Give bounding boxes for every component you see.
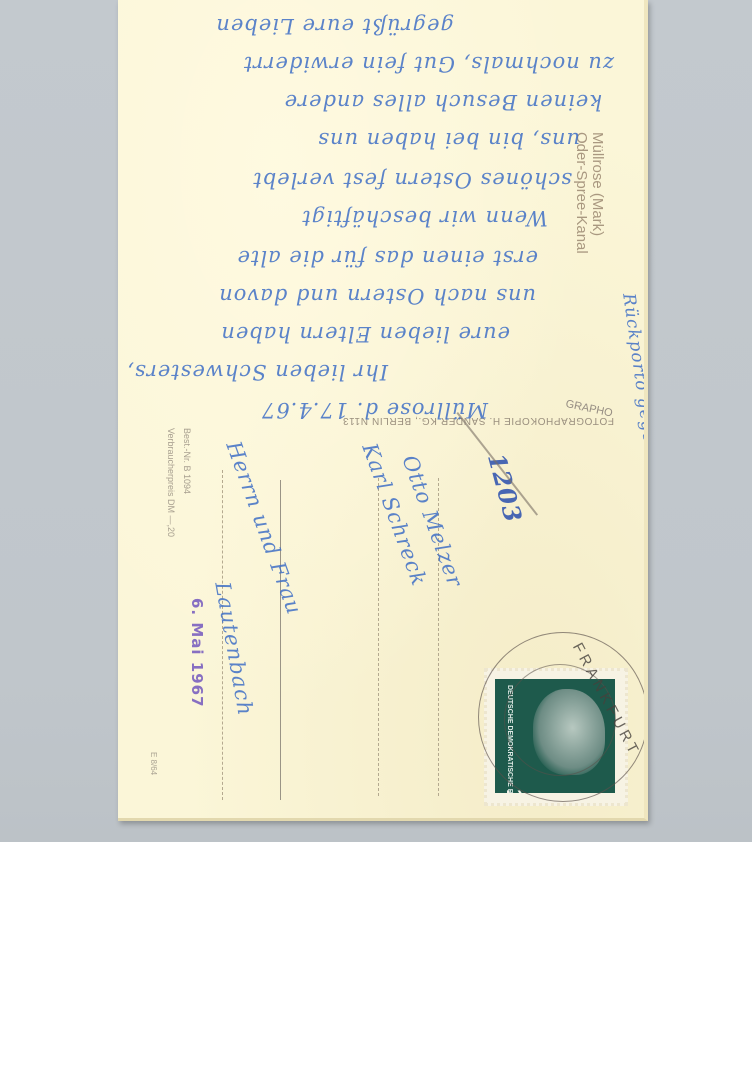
address-line-text: Lautenbach bbox=[210, 580, 257, 718]
message-line: zu nochmals, Gut fein erwiderrt bbox=[243, 52, 614, 76]
date-stamp: 6. Mai 1967 bbox=[188, 598, 206, 708]
message-line: schönes Ostern fest verlebt bbox=[252, 168, 572, 192]
message-line: uns nach Ostern und davon bbox=[218, 284, 536, 308]
message-line: Wenn wir beschäftigt bbox=[301, 206, 548, 230]
print-code: E 8/64 bbox=[149, 752, 158, 775]
postcard: Müllrose (Mark) Oder-Spree-Kanal FOTOGRA… bbox=[118, 0, 648, 821]
message-line: eure lieben Eltern haben bbox=[220, 322, 510, 346]
reference-number: 1203 bbox=[482, 450, 528, 526]
message-line: Ihr lieben Schwesters, bbox=[126, 360, 388, 384]
retail-price: Verbraucherpreis DM —,20 bbox=[166, 428, 176, 537]
order-number: Best.-Nr. B 1094 bbox=[182, 428, 192, 494]
message-line: keinen Besuch alles andere bbox=[284, 90, 602, 114]
message-line: erst einen das für die alte bbox=[237, 246, 538, 270]
message-line: Müllrose d. 17.4.67 bbox=[261, 398, 488, 422]
divider-line bbox=[280, 480, 281, 800]
message-line: uns, bin bei haben uns bbox=[317, 128, 580, 152]
address-line bbox=[378, 478, 379, 796]
printed-title: Müllrose (Mark) bbox=[589, 132, 606, 236]
side-note: Rückporto gegeben bbox=[618, 292, 648, 479]
message-line: gegrüßt eure Lieben bbox=[215, 14, 454, 38]
